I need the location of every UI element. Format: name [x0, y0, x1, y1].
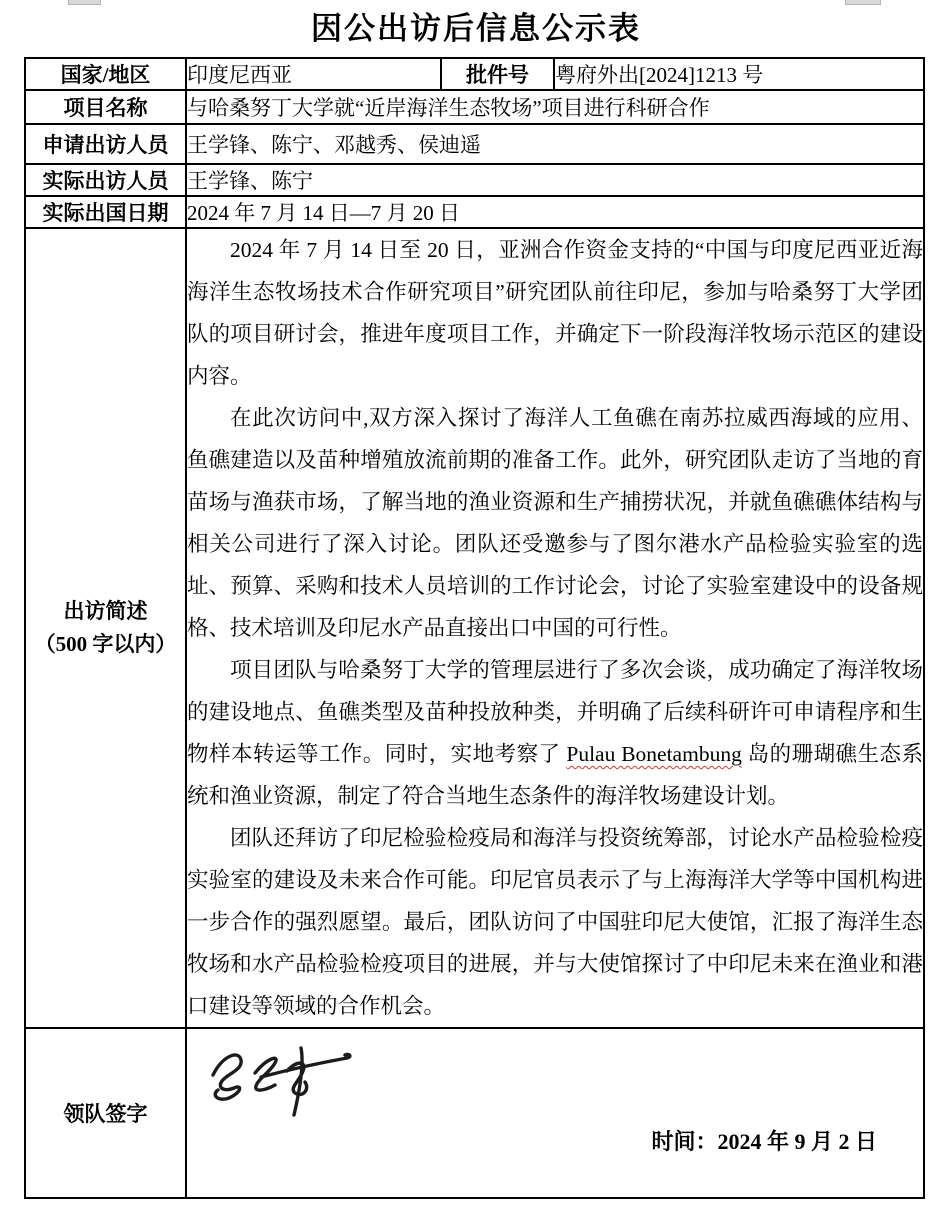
summary-paragraph-3: 项目团队与哈桑努丁大学的管理层进行了多次会谈，成功确定了海洋牧场的建设地点、鱼礁… — [187, 649, 923, 817]
table-row-summary: 出访简述 （500 字以内） 2024 年 7 月 14 日至 20 日，亚洲合… — [25, 228, 924, 1028]
page-title: 因公出访后信息公示表 — [0, 0, 952, 48]
applicants-value: 王学锋、陈宁、邓越秀、侯迪遥 — [186, 124, 924, 164]
travel-dates-value: 2024 年 7 月 14 日—7 月 20 日 — [186, 196, 924, 228]
table-row-project: 项目名称 与哈桑努丁大学就“近岸海洋生态牧场”项目进行科研合作 — [25, 90, 924, 124]
summary-paragraph-1: 2024 年 7 月 14 日至 20 日，亚洲合作资金支持的“中国与印度尼西亚… — [187, 229, 923, 397]
approval-number-label: 批件号 — [441, 58, 554, 90]
disclosure-form-table: 国家/地区 印度尼西亚 批件号 粤府外出[2024]1213 号 项目名称 与哈… — [24, 57, 925, 1199]
applicants-label: 申请出访人员 — [25, 124, 186, 164]
table-row-applicants: 申请出访人员 王学锋、陈宁、邓越秀、侯迪遥 — [25, 124, 924, 164]
project-name-label: 项目名称 — [25, 90, 186, 124]
travel-dates-label: 实际出国日期 — [25, 196, 186, 228]
leader-signature-label: 领队签字 — [25, 1028, 186, 1198]
country-value: 印度尼西亚 — [186, 58, 441, 90]
signature-cell: 时间：2024 年 9 月 2 日 — [186, 1028, 924, 1198]
table-row-country: 国家/地区 印度尼西亚 批件号 粤府外出[2024]1213 号 — [25, 58, 924, 90]
summary-paragraph-4: 团队还拜访了印尼检验检疫局和海洋与投资统筹部，讨论水产品检验检疫实验室的建设及未… — [187, 817, 923, 1027]
table-row-actual-members: 实际出访人员 王学锋、陈宁 — [25, 164, 924, 196]
actual-members-value: 王学锋、陈宁 — [186, 164, 924, 196]
handwritten-signature-image — [203, 1041, 363, 1119]
actual-members-label: 实际出访人员 — [25, 164, 186, 196]
table-row-dates: 实际出国日期 2024 年 7 月 14 日—7 月 20 日 — [25, 196, 924, 228]
spellcheck-flagged-place-name: Pulau Bonetambung — [566, 742, 741, 766]
project-name-value: 与哈桑努丁大学就“近岸海洋生态牧场”项目进行科研合作 — [186, 90, 924, 124]
page-margin-artifact-left — [68, 0, 101, 5]
page-margin-artifact-right — [845, 0, 881, 5]
summary-text-cell: 2024 年 7 月 14 日至 20 日，亚洲合作资金支持的“中国与印度尼西亚… — [186, 228, 924, 1028]
summary-label-line1: 出访简述 — [26, 595, 185, 628]
table-row-signature: 领队签字 时间：2024 年 9 月 2 日 — [25, 1028, 924, 1198]
country-label: 国家/地区 — [25, 58, 186, 90]
summary-label: 出访简述 （500 字以内） — [25, 228, 186, 1028]
document-page: 因公出访后信息公示表 国家/地区 印度尼西亚 批件号 粤府外出[2024]121… — [0, 0, 952, 1225]
approval-number-value: 粤府外出[2024]1213 号 — [554, 58, 924, 90]
summary-paragraph-2: 在此次访问中,双方深入探讨了海洋人工鱼礁在南苏拉威西海域的应用、鱼礁建造以及苗种… — [187, 397, 923, 649]
summary-label-line2: （500 字以内） — [26, 628, 185, 661]
signature-time: 时间：2024 年 9 月 2 日 — [651, 1125, 877, 1156]
